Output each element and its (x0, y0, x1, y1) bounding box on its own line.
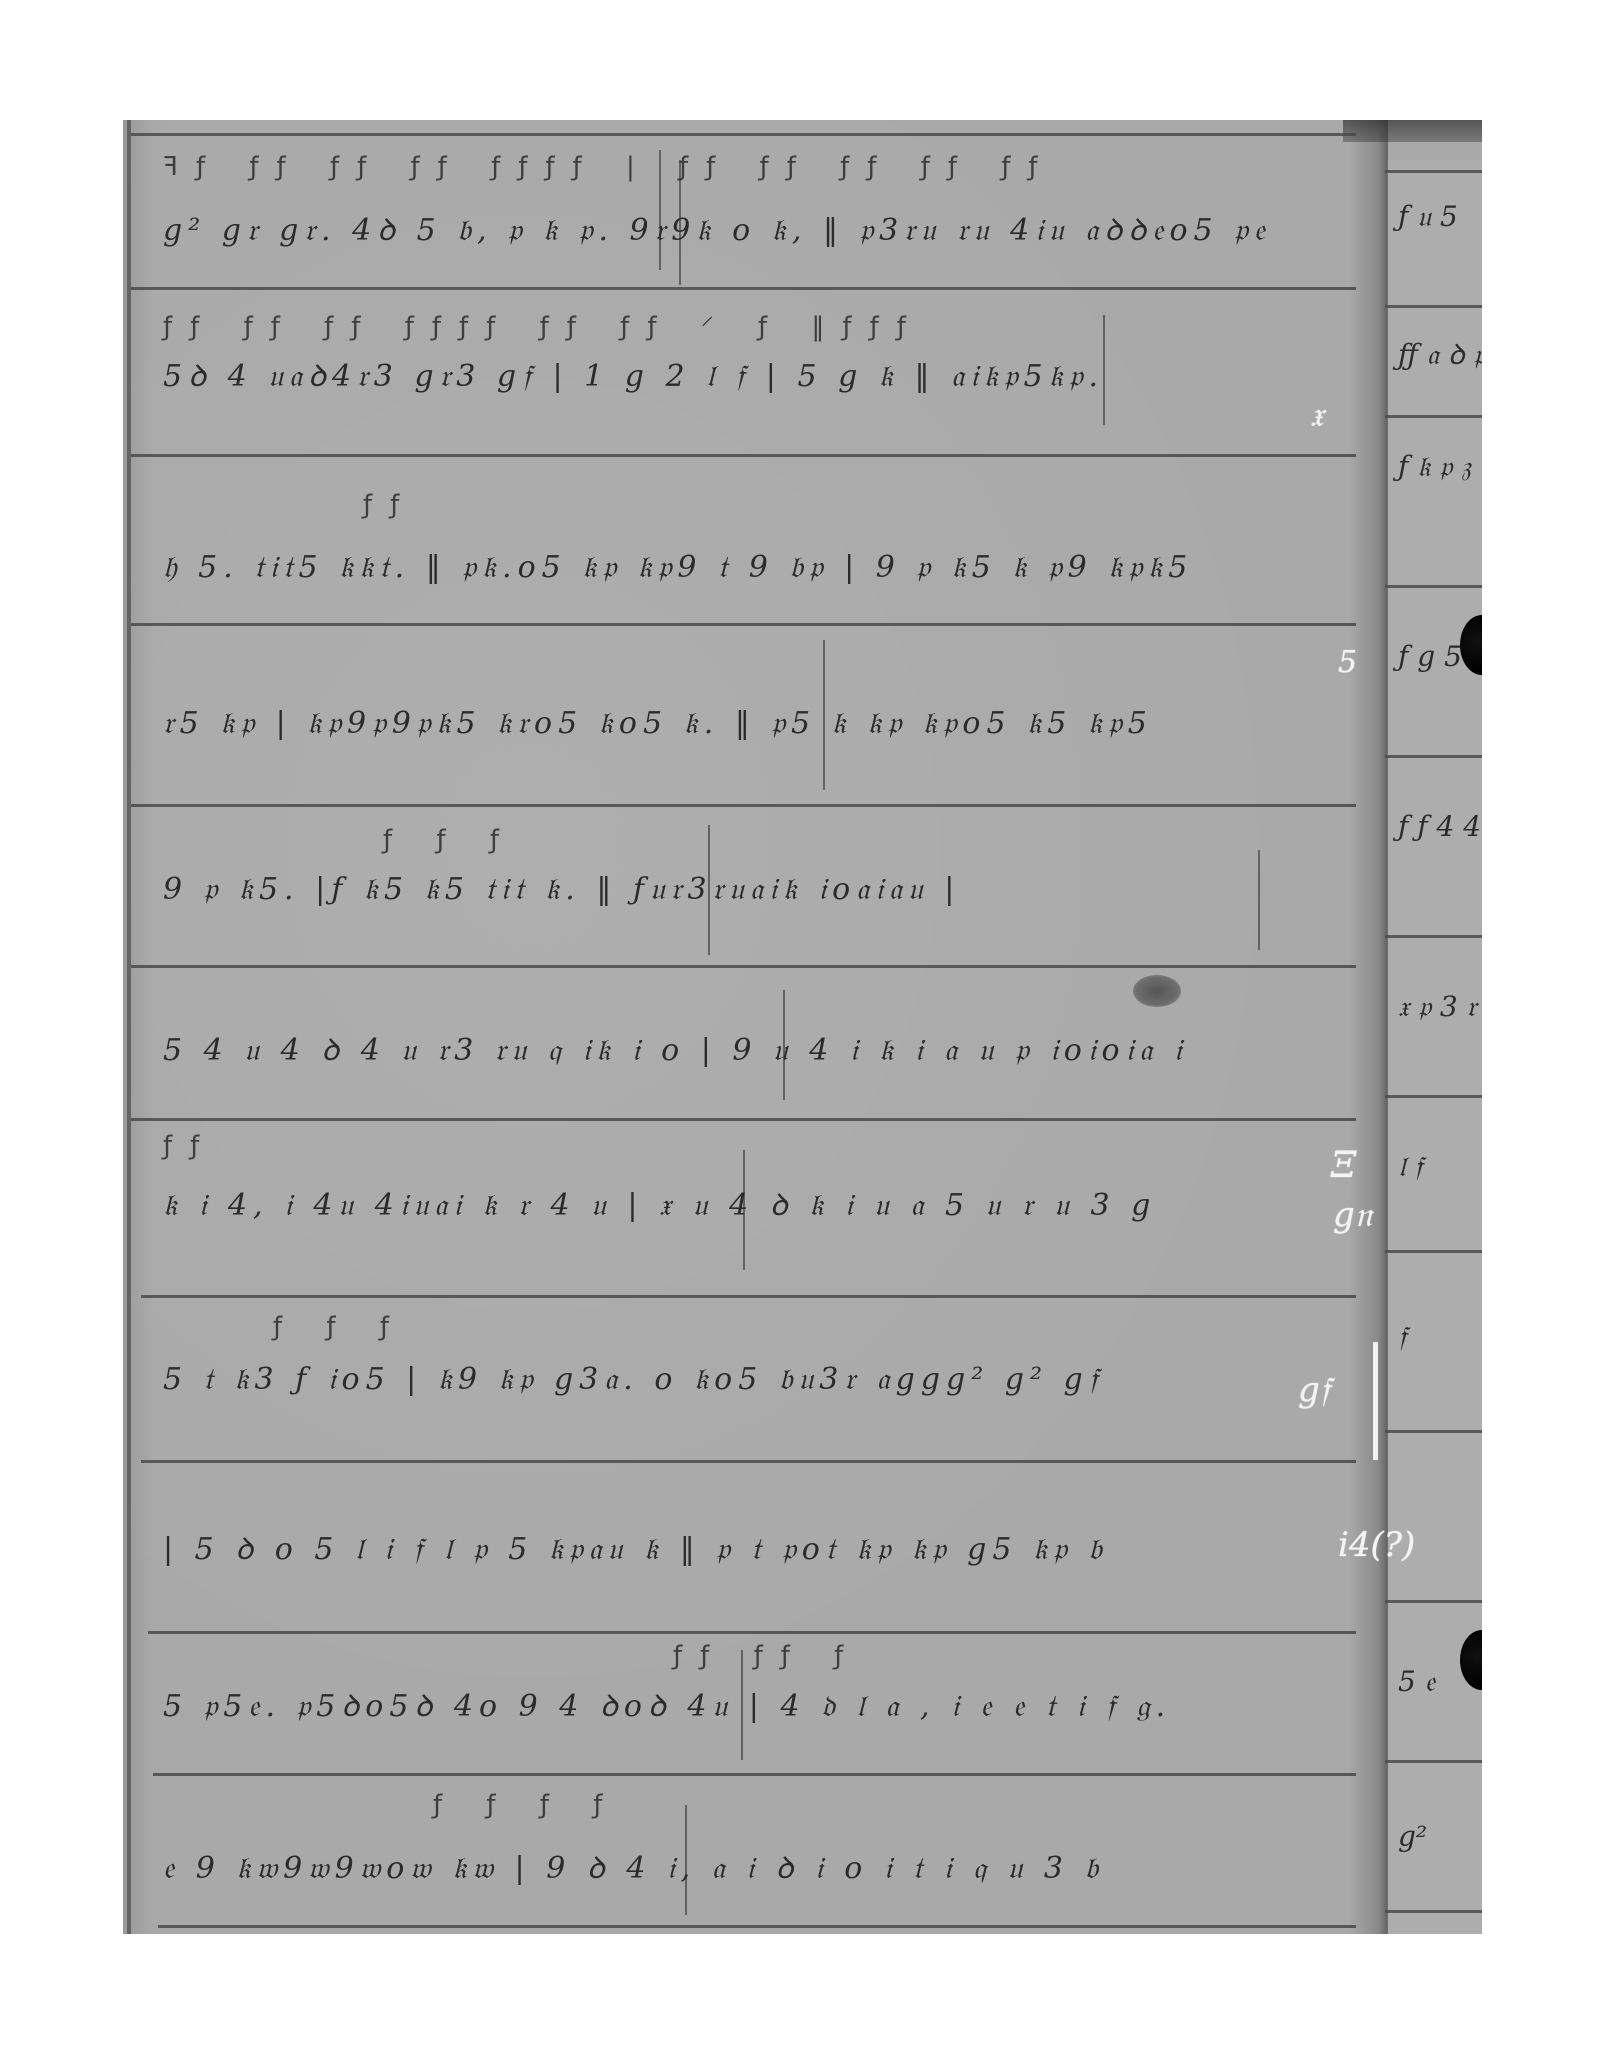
facing-page-text: ƒƒ 𝔞 ꝺ 𝔭 9 (1398, 335, 1482, 373)
manuscript-scan: ꟻƒ ƒƒ ƒƒ ƒƒ ƒƒƒƒ | ƒƒ ƒƒ ƒƒ ƒƒ ƒƒ g² g𝔯 … (123, 120, 1482, 1934)
staff-rule (1385, 1430, 1482, 1433)
tablature-system-5: ƒ ƒ ƒ 9 𝔭 𝔨5. |ƒ 𝔨5 𝔨5 𝔱𝔦𝔱 𝔨. ‖ ƒ𝔲𝔯3𝔯𝔲𝔞𝔦… (133, 810, 1353, 962)
tablature-system-2: ƒƒ ƒƒ ƒƒ ƒƒƒƒ ƒƒ ƒƒ ⸍ ƒ ‖ƒƒƒ 5ꝺ 4 𝔲𝔞ꝺ4𝔯3… (133, 292, 1353, 452)
staff-rule (131, 623, 1356, 626)
tablature-system-8: ƒ ƒ ƒ 5 𝔱 𝔨3 ƒ 𝔦o5 | 𝔨9 𝔨𝔭 g3𝔞. o 𝔨o5 𝔟𝔲… (133, 1300, 1353, 1458)
rhythm-flags: ƒ ƒ ƒ ƒ (433, 1790, 620, 1820)
facing-page-text: 𝔣 (1398, 1320, 1406, 1354)
facing-page-text: ƒ 𝔲 5 (1398, 200, 1458, 234)
tablature-letters: 5 𝔱 𝔨3 ƒ 𝔦o5 | 𝔨9 𝔨𝔭 g3𝔞. o 𝔨o5 𝔟𝔲3𝔯 𝔞gg… (163, 1362, 1104, 1397)
rhythm-flags: ƒƒ (163, 1131, 217, 1161)
annotation-mark: i4(?) (1338, 1525, 1415, 1565)
staff-rule (1385, 1095, 1482, 1098)
facing-page-text: 𝔵 𝔭 3 𝔯 (1398, 990, 1476, 1024)
annotation-mark: g𝔣 (1298, 1370, 1330, 1410)
staff-rule (1385, 935, 1482, 938)
rhythm-flags: ƒƒ (363, 490, 417, 520)
staff-rule (131, 1118, 1356, 1121)
staff-rule (131, 804, 1356, 807)
tablature-letters: | 5 ꝺ o 5 𝔩 𝔦 𝔣 𝔩 𝔭 5 𝔨𝔭𝔞𝔲 𝔨 ‖ 𝔭 𝔱 𝔭o𝔱 𝔨… (163, 1527, 1108, 1568)
tablature-system-7: ƒƒ 𝔨 𝔦 4, 𝔦 4𝔲 4𝔦𝔲𝔞𝔦 𝔨 𝔯 4 𝔲 | 𝔵 𝔲 4 ꝺ 𝔨… (133, 1123, 1353, 1291)
rhythm-flags: ꟻƒ ƒƒ ƒƒ ƒƒ ƒƒƒƒ | ƒƒ ƒƒ ƒƒ ƒƒ ƒƒ (163, 152, 1056, 182)
tablature-system-9: | 5 ꝺ o 5 𝔩 𝔦 𝔣 𝔩 𝔭 5 𝔨𝔭𝔞𝔲 𝔨 ‖ 𝔭 𝔱 𝔭o𝔱 𝔨… (133, 1465, 1353, 1627)
staff-rule (141, 1460, 1356, 1463)
staff-rule (131, 454, 1356, 457)
staff-rule (141, 1295, 1356, 1298)
staff-rule (158, 1925, 1356, 1928)
staff-rule (1385, 170, 1482, 173)
staff-rule (1385, 1600, 1482, 1603)
rhythm-flags: ƒƒ ƒƒ ƒƒ ƒƒƒƒ ƒƒ ƒƒ ⸍ ƒ ‖ƒƒƒ (163, 307, 924, 343)
staff-rule (131, 133, 1356, 136)
staff-rule (131, 965, 1356, 968)
staff-rule (1385, 305, 1482, 308)
tablature-letters: 𝔢 9 𝔨𝔴9𝔴9𝔴o𝔴 𝔨𝔴 | 9 ꝺ 4 𝔦, 𝔞 𝔦 ꝺ 𝔦 o 𝔦 𝔱… (163, 1846, 1104, 1887)
page-edge (127, 120, 131, 1934)
annotation-mark: 5 (1338, 645, 1357, 680)
staff-rule (148, 1631, 1356, 1634)
tablature-letters: 𝔥 5. 𝔱𝔦𝔱5 𝔨𝔨𝔱. ‖ 𝔭𝔨.o5 𝔨𝔭 𝔨𝔭9 𝔱 9 𝔟𝔭 | 9… (163, 550, 1193, 585)
facing-page-text: g² (1398, 1820, 1427, 1853)
facing-page-text: ƒ 𝔨 𝔭 𝔷 (1398, 450, 1471, 484)
tablature-system-10: ƒƒ ƒƒ ƒ 5 𝔭5𝔢. 𝔭5ꝺo5ꝺ 4o 9 4 ꝺoꝺ 4𝔲 | 4 … (133, 1636, 1353, 1771)
tablature-letters: 𝔯5 𝔨𝔭 | 𝔨𝔭9𝔭9𝔭𝔨5 𝔨𝔯o5 𝔨o5 𝔨. ‖ 𝔭5 𝔨 𝔨𝔭 𝔨… (163, 706, 1153, 741)
staff-rule (1385, 415, 1482, 418)
facing-page-text: 5 𝔢 (1398, 1665, 1435, 1699)
annotation-barline (1373, 1342, 1378, 1460)
tablature-system-4: 𝔯5 𝔨𝔭 | 𝔨𝔭9𝔭9𝔭𝔨5 𝔨𝔯o5 𝔨o5 𝔨. ‖ 𝔭5 𝔨 𝔨𝔭 𝔨… (133, 628, 1353, 800)
tablature-letters: 𝔨 𝔦 4, 𝔦 4𝔲 4𝔦𝔲𝔞𝔦 𝔨 𝔯 4 𝔲 | 𝔵 𝔲 4 ꝺ 𝔨 𝔦 … (163, 1183, 1156, 1224)
tablature-letters: g² g𝔯 g𝔯. 4ꝺ 5 𝔟, 𝔭 𝔨 𝔭. 9𝔯9𝔨 o 𝔨, ‖ 𝔭3𝔯… (163, 208, 1271, 249)
tablature-letters: 5 4 𝔲 4 ꝺ 4 𝔲 𝔯3 𝔯𝔲 𝔮 𝔦𝔨 𝔦 o | 9 𝔲 4 𝔦 𝔨… (163, 1028, 1188, 1069)
staff-rule (1385, 1760, 1482, 1763)
annotation-mark: 𝔵 (1310, 395, 1324, 435)
tablature-letters: 5ꝺ 4 𝔲𝔞ꝺ4𝔯3 g𝔯3 g𝔣 | 1 g 2 𝔩 𝔣 | 5 g 𝔨 ‖… (163, 354, 1104, 395)
book-gutter (1348, 120, 1388, 1934)
facing-page-text: ƒ ƒ 4 4 (1398, 810, 1481, 843)
ink-smudge (1133, 975, 1181, 1007)
tablature-system-3: ƒƒ 𝔥 5. 𝔱𝔦𝔱5 𝔨𝔨𝔱. ‖ 𝔭𝔨.o5 𝔨𝔭 𝔨𝔭9 𝔱 9 𝔟𝔭 … (133, 460, 1353, 620)
staff-rule (153, 1773, 1356, 1776)
rhythm-flags: ƒƒ ƒƒ ƒ (673, 1641, 861, 1671)
staff-rule (1385, 1250, 1482, 1253)
tablature-letters: 9 𝔭 𝔨5. |ƒ 𝔨5 𝔨5 𝔱𝔦𝔱 𝔨. ‖ ƒ𝔲𝔯3𝔯𝔲𝔞𝔦𝔨 𝔦o𝔞𝔦… (163, 872, 960, 907)
staff-rule (1385, 585, 1482, 588)
rhythm-flags: ƒ ƒ ƒ (383, 825, 517, 855)
staff-rule (1385, 1910, 1482, 1913)
rhythm-flags: ƒ ƒ ƒ (273, 1312, 407, 1342)
annotation-mark: Ξ (1331, 1145, 1356, 1186)
tablature-system-11: ƒ ƒ ƒ ƒ 𝔢 9 𝔨𝔴9𝔴9𝔴o𝔴 𝔨𝔴 | 9 ꝺ 4 𝔦, 𝔞 𝔦 ꝺ… (133, 1778, 1353, 1923)
staff-rule (1385, 755, 1482, 758)
tablature-letters: 5 𝔭5𝔢. 𝔭5ꝺo5ꝺ 4o 9 4 ꝺoꝺ 4𝔲 | 4 𝔡 𝔩 𝔞 , … (163, 1684, 1171, 1725)
annotation-mark: g𝔫 (1333, 1195, 1372, 1235)
staff-rule (131, 287, 1356, 290)
facing-page-text: 𝔩 𝔣 (1398, 1150, 1422, 1184)
tablature-system-1: ꟻƒ ƒƒ ƒƒ ƒƒ ƒƒƒƒ | ƒƒ ƒƒ ƒƒ ƒƒ ƒƒ g² g𝔯 … (133, 140, 1353, 285)
